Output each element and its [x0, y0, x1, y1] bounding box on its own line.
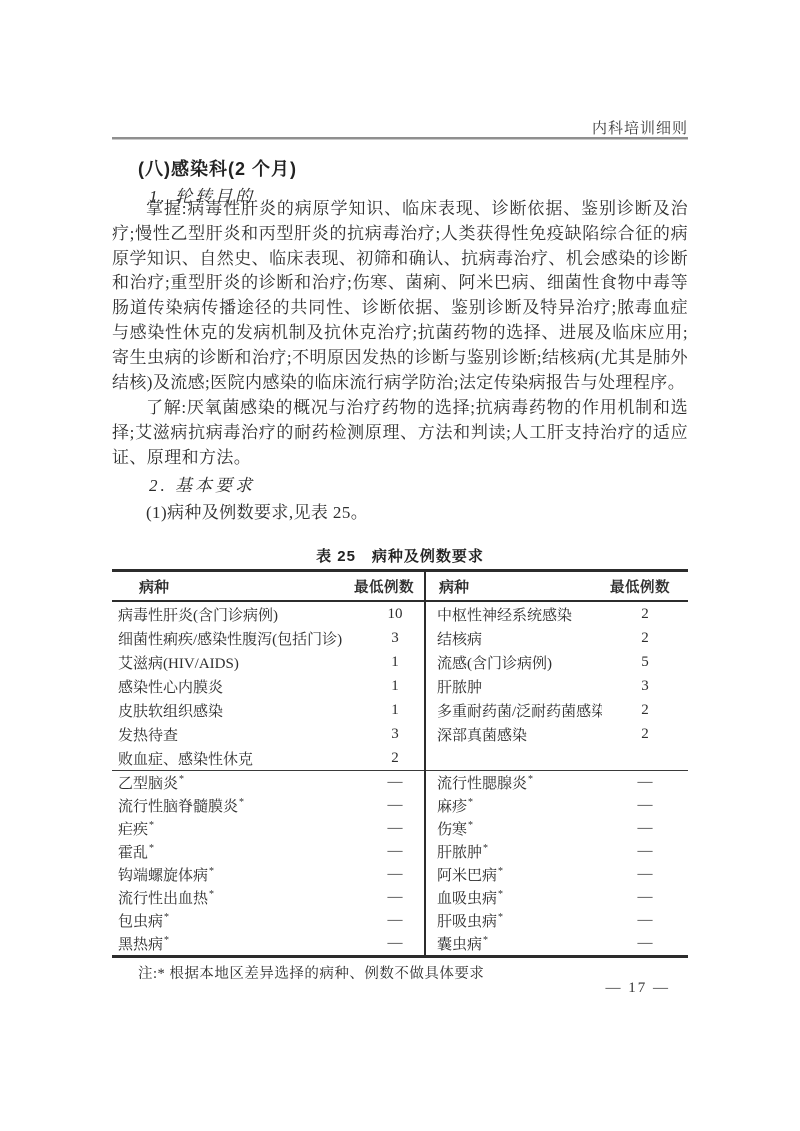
table-row: 阿米巴病*— [426, 863, 688, 886]
disease-name: 流行性出血热* [112, 887, 366, 908]
document-page: 内科培训细则 (八)感染科(2 个月) 1. 轮转目的 掌握:病毒性肝炎的病原学… [0, 0, 800, 1131]
table-right-section-required: 中枢性神经系统感染2结核病2流感(含门诊病例)5肝脓肿3多重耐药菌/泛耐药菌感染… [426, 602, 688, 770]
min-cases-value: 1 [366, 678, 424, 695]
table-footnote: 注:* 根据本地区差异选择的病种、例数不做具体要求 [138, 962, 484, 983]
footnote-marker: * [468, 820, 473, 831]
header-rule [112, 137, 688, 140]
table-row: 麻疹*— [426, 794, 688, 817]
table-row: 血吸虫病*— [426, 886, 688, 909]
column-header-disease: 病种 [112, 576, 344, 597]
min-cases-value: — [366, 797, 424, 814]
min-cases-value: 3 [366, 726, 424, 743]
table-title: 表 25 病种及例数要求 [112, 545, 688, 566]
min-cases-value: — [602, 889, 688, 906]
disease-name: 发热待查 [112, 724, 366, 745]
min-cases-value: 1 [366, 702, 424, 719]
min-cases-value: 2 [602, 726, 688, 743]
disease-name: 肝脓肿 [426, 676, 602, 697]
content-area: 内科培训细则 (八)感染科(2 个月) 1. 轮转目的 掌握:病毒性肝炎的病原学… [112, 0, 688, 1131]
disease-name: 肝脓肿* [426, 841, 602, 862]
min-cases-value: — [366, 820, 424, 837]
footnote-marker: * [528, 774, 533, 785]
disease-name: 疟疾* [112, 818, 366, 839]
table-left-section-required: 病毒性肝炎(含门诊病例)10细菌性痢疾/感染性腹泻(包括门诊)3艾滋病(HIV/… [112, 602, 424, 770]
table-row: 疟疾*— [112, 817, 424, 840]
table-row: 流感(含门诊病例)5 [426, 650, 688, 674]
table-row: 流行性出血热*— [112, 886, 424, 909]
disease-name: 囊虫病* [426, 933, 602, 954]
disease-name: 阿米巴病* [426, 864, 602, 885]
running-head-title: 内科培训细则 [592, 121, 688, 137]
table-row: 囊虫病*— [426, 932, 688, 955]
table-row: 霍乱*— [112, 840, 424, 863]
min-cases-value: — [366, 866, 424, 883]
footnote-marker: * [209, 866, 214, 877]
disease-name: 深部真菌感染 [426, 724, 602, 745]
footnote-marker: * [498, 889, 503, 900]
page-number: — 17 — [606, 980, 671, 997]
table-row: 艾滋病(HIV/AIDS)1 [112, 650, 424, 674]
footnote-marker: * [483, 843, 488, 854]
disease-name: 结核病 [426, 628, 602, 649]
table-row: 深部真菌感染2 [426, 722, 688, 746]
footnote-marker: * [498, 912, 503, 923]
table-row: 包虫病*— [112, 909, 424, 932]
column-header-disease: 病种 [426, 576, 592, 597]
paragraph-understand-requirements: 了解:厌氧菌感染的概况与治疗药物的选择;抗病毒药物的作用机制和选择;艾滋病抗病毒… [112, 396, 688, 470]
table-row: 肝吸虫病*— [426, 909, 688, 932]
table-right-half: 病种 最低例数 中枢性神经系统感染2结核病2流感(含门诊病例)5肝脓肿3多重耐药… [424, 572, 688, 955]
table-row: 乙型脑炎*— [112, 771, 424, 794]
min-cases-value: 2 [602, 630, 688, 647]
min-cases-value: 2 [366, 750, 424, 767]
column-header-min-cases: 最低例数 [344, 576, 424, 597]
footnote-marker: * [498, 866, 503, 877]
min-cases-value: 5 [602, 654, 688, 671]
min-cases-value: 1 [366, 654, 424, 671]
table-left-section-regional: 乙型脑炎*—流行性脑脊髓膜炎*—疟疾*—霍乱*—钩端螺旋体病*—流行性出血热*—… [112, 770, 424, 955]
disease-name: 血吸虫病* [426, 887, 602, 908]
table-25: 病种 最低例数 病毒性肝炎(含门诊病例)10细菌性痢疾/感染性腹泻(包括门诊)3… [112, 569, 688, 958]
min-cases-value: — [602, 866, 688, 883]
min-cases-value: — [366, 935, 424, 952]
table-row: 多重耐药菌/泛耐药菌感染2 [426, 698, 688, 722]
table-row: 伤寒*— [426, 817, 688, 840]
disease-name: 多重耐药菌/泛耐药菌感染 [426, 700, 602, 721]
min-cases-value: 3 [366, 630, 424, 647]
column-header-min-cases: 最低例数 [592, 576, 688, 597]
min-cases-value: — [366, 889, 424, 906]
footnote-marker: * [164, 912, 169, 923]
disease-name: 黑热病* [112, 933, 366, 954]
disease-name: 艾滋病(HIV/AIDS) [112, 652, 366, 673]
table-row: 黑热病*— [112, 932, 424, 955]
table-row: 皮肤软组织感染1 [112, 698, 424, 722]
disease-name: 流行性腮腺炎* [426, 772, 602, 793]
disease-name: 流行性脑脊髓膜炎* [112, 795, 366, 816]
running-head: 内科培训细则 [592, 117, 688, 138]
disease-name: 包虫病* [112, 910, 366, 931]
disease-name: 细菌性痢疾/感染性腹泻(包括门诊) [112, 628, 366, 649]
table-row: 钩端螺旋体病*— [112, 863, 424, 886]
min-cases-value: — [366, 843, 424, 860]
table-row: 流行性脑脊髓膜炎*— [112, 794, 424, 817]
paragraph-master-requirements: 掌握:病毒性肝炎的病原学知识、临床表现、诊断依据、鉴别诊断及治疗;慢性乙型肝炎和… [112, 197, 688, 395]
disease-name: 乙型脑炎* [112, 772, 366, 793]
footnote-marker: * [239, 797, 244, 808]
subsection-heading-basic-requirements: 2. 基本要求 [149, 471, 255, 496]
min-cases-value: — [602, 774, 688, 791]
disease-name: 钩端螺旋体病* [112, 864, 366, 885]
table-row: 流行性腮腺炎*— [426, 771, 688, 794]
disease-name: 病毒性肝炎(含门诊病例) [112, 604, 366, 625]
disease-name: 中枢性神经系统感染 [426, 604, 602, 625]
table-left-half: 病种 最低例数 病毒性肝炎(含门诊病例)10细菌性痢疾/感染性腹泻(包括门诊)3… [112, 572, 424, 955]
item-disease-case-requirements: (1)病种及例数要求,见表 25。 [112, 498, 688, 523]
table-header-row: 病种 最低例数 [426, 572, 688, 602]
footnote-marker: * [164, 935, 169, 946]
disease-name: 麻疹* [426, 795, 602, 816]
disease-name: 败血症、感染性休克 [112, 748, 366, 769]
table-row: 感染性心内膜炎1 [112, 674, 424, 698]
footnote-marker: * [149, 820, 154, 831]
footnote-marker: * [179, 774, 184, 785]
min-cases-value: — [602, 797, 688, 814]
table-header-row: 病种 最低例数 [112, 572, 424, 602]
footnote-marker: * [209, 889, 214, 900]
min-cases-value: 3 [602, 678, 688, 695]
min-cases-value: — [366, 774, 424, 791]
disease-name: 流感(含门诊病例) [426, 652, 602, 673]
disease-name: 霍乱* [112, 841, 366, 862]
section-title: (八)感染科(2 个月) [138, 155, 297, 181]
table-row: 败血症、感染性休克2 [112, 746, 424, 770]
min-cases-value: — [602, 912, 688, 929]
footnote-marker: * [149, 843, 154, 854]
disease-name: 皮肤软组织感染 [112, 700, 366, 721]
table-row: 中枢性神经系统感染2 [426, 602, 688, 626]
min-cases-value: 2 [602, 702, 688, 719]
table-row: 发热待查3 [112, 722, 424, 746]
disease-name: 肝吸虫病* [426, 910, 602, 931]
table-row: 肝脓肿3 [426, 674, 688, 698]
disease-name: 伤寒* [426, 818, 602, 839]
min-cases-value: — [602, 820, 688, 837]
table-row: 细菌性痢疾/感染性腹泻(包括门诊)3 [112, 626, 424, 650]
table-row: 肝脓肿*— [426, 840, 688, 863]
min-cases-value: — [366, 912, 424, 929]
table-row: 病毒性肝炎(含门诊病例)10 [112, 602, 424, 626]
table-right-section-regional: 流行性腮腺炎*—麻疹*—伤寒*—肝脓肿*—阿米巴病*—血吸虫病*—肝吸虫病*—囊… [426, 770, 688, 955]
min-cases-value: 2 [602, 606, 688, 623]
footnote-marker: * [483, 935, 488, 946]
disease-name: 感染性心内膜炎 [112, 676, 366, 697]
footnote-marker: * [468, 797, 473, 808]
min-cases-value: 10 [366, 606, 424, 623]
min-cases-value: — [602, 843, 688, 860]
table-row: 结核病2 [426, 626, 688, 650]
min-cases-value: — [602, 935, 688, 952]
